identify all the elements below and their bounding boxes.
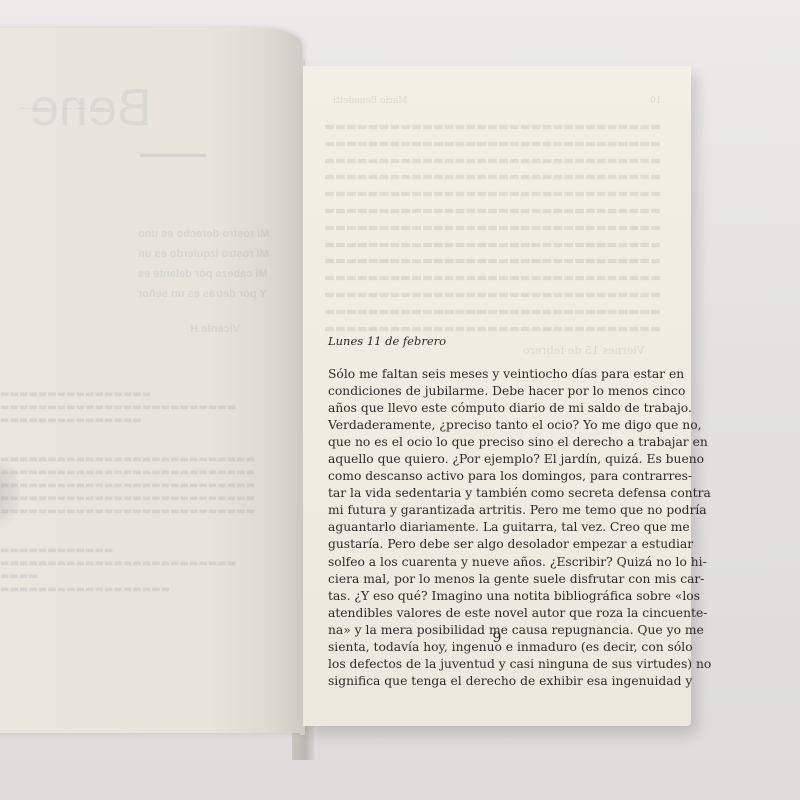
text-line: tar la vida sedentaria y también como se…: [328, 485, 664, 502]
text-line: ciera mal, por lo menos la gente suele d…: [328, 571, 664, 588]
show-through-verse-3: Mi cabeza por delante es: [138, 268, 268, 280]
text-line: Verdaderamente, ¿preciso tanto el ocio? …: [328, 417, 664, 434]
show-through-author: Vicente H: [190, 323, 240, 335]
show-through-verse-1: Mi rostro derecho es uno: [138, 228, 269, 240]
page-number: 9: [303, 630, 691, 646]
show-through-verse-4: Y por detrás es un señor: [138, 288, 267, 300]
text-line: condiciones de jubilarme. Debe hacer por…: [328, 383, 664, 400]
show-through-header: Mario Benedetti 10: [333, 96, 661, 106]
show-through-block: ▬▬▬▬▬▬: [140, 148, 206, 160]
text-line: solfeo a los cuarenta y nueve años. ¿Esc…: [328, 554, 664, 571]
right-page: Mario Benedetti 10 ▬▬▬▬▬▬▬▬▬▬▬▬▬▬▬▬▬▬▬▬▬…: [303, 66, 691, 726]
text-line: gustaría. Pero debe ser algo desolador e…: [328, 536, 664, 553]
text-line: tas. ¿Y eso qué? Imagino una notita bibl…: [328, 588, 664, 605]
show-through-author: Mario Benedetti: [333, 96, 407, 106]
show-through-verse-2: Mi rostro izquierdo es un: [138, 248, 269, 260]
show-through-page-number: 10: [650, 96, 661, 106]
diary-date-heading: Lunes 11 de febrero: [328, 334, 664, 348]
text-line: aquello que quiero. ¿Por ejemplo? El jar…: [328, 451, 664, 468]
text-line: aguantarlo diariamente. La guitarra, tal…: [328, 519, 664, 536]
text-line: que no es el ocio lo que preciso sino el…: [328, 434, 664, 451]
text-line: los defectos de la juventud y casi ningu…: [328, 656, 664, 673]
text-line: Sólo me faltan seis meses y veintiocho d…: [328, 366, 664, 383]
text-line: mi futura y garantizada artritis. Pero m…: [328, 502, 664, 519]
text-line: atendibles valores de este novel autor q…: [328, 605, 664, 622]
text-line: años que llevo este cómputo diario de mi…: [328, 400, 664, 417]
show-through-text: ▬▬▬▬▬▬▬▬▬▬▬▬▬▬▬▬▬▬▬▬▬▬▬▬▬▬▬▬▬▬▬▬▬▬▬▬▬▬▬▬…: [333, 118, 661, 336]
left-page: Bene — · — — ·· ——— ▬▬▬▬▬▬ Mi rostro der…: [0, 28, 302, 733]
show-through-copyright: ▬▬▬▬▬▬▬▬▬▬▬▬▬▬▬▬▬▬▬▬▬▬▬▬▬▬▬▬▬▬▬▬▬▬▬▬▬▬▬▬…: [0, 388, 255, 596]
text-line: significa que tenga el derecho de exhibi…: [328, 673, 664, 690]
book-photo: Bene — · — — ·· ——— ▬▬▬▬▬▬ Mi rostro der…: [0, 0, 800, 800]
show-through-line: — · — — ·· ———: [20, 103, 105, 114]
text-line: como descanso activo para los domingos, …: [328, 468, 664, 485]
